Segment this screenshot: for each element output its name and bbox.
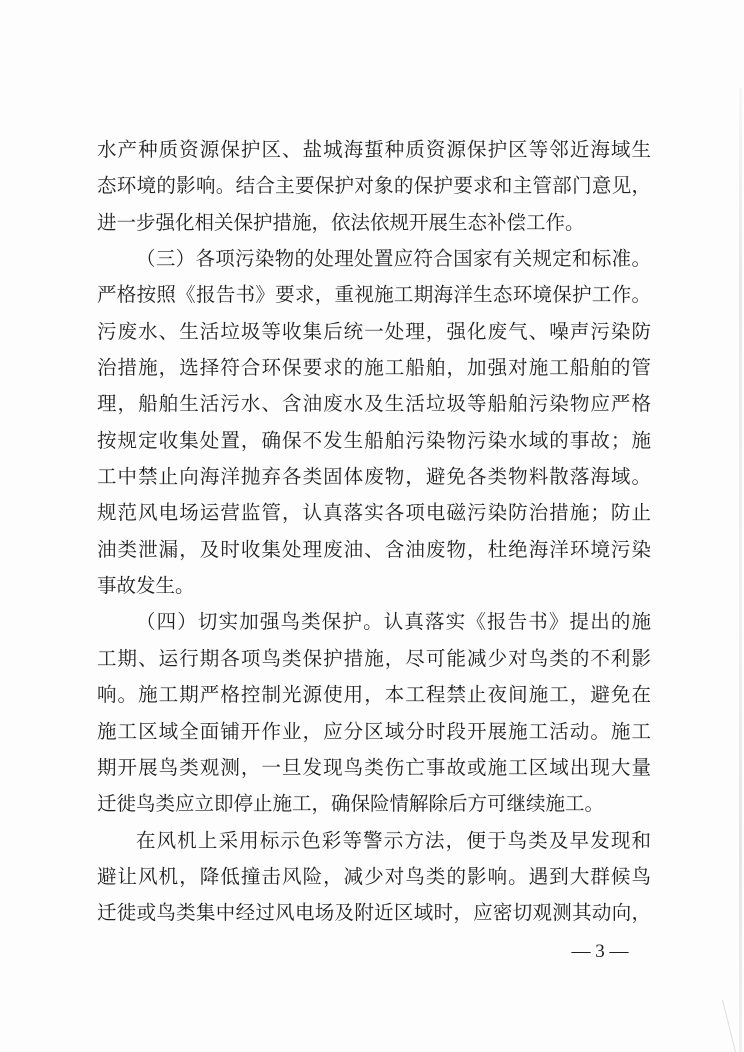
document-body: 水产种质资源保护区、盐城海蜇种质资源保护区等邻近海域生 态环境的影响。结合主要保… [97, 133, 651, 933]
text-line: （三）各项污染物的处理处置应符合国家有关规定和标准。 [97, 242, 651, 278]
text-line: 工中禁止向海洋抛弃各类固体废物，避免各类物料散落海域。 [97, 460, 651, 496]
scan-edge-artifact [739, 88, 742, 1052]
text-line: 规范风电场运营监管，认真落实各项电磁污染防治措施；防止 [97, 496, 651, 532]
paragraph-item-4: （四）切实加强鸟类保护。认真落实《报告书》提出的施 工期、运行期各项鸟类保护措施… [97, 605, 651, 823]
text-line: 按规定收集处置，确保不发生船舶污染物污染水域的事故；施 [97, 424, 651, 460]
text-line: 响。施工期严格控制光源使用，本工程禁止夜间施工，避免在 [97, 678, 651, 714]
text-line: 治措施，选择符合环保要求的施工船舶，加强对施工船舶的管 [97, 351, 651, 387]
text-line: 避让风机，降低撞击风险，减少对鸟类的影响。遇到大群候鸟 [97, 860, 651, 896]
text-line: 理，船舶生活污水、含油废水及生活垃圾等船舶污染物应严格 [97, 387, 651, 423]
page-number: — 3 — [559, 941, 641, 963]
paragraph-item-3: （三）各项污染物的处理处置应符合国家有关规定和标准。 严格按照《报告书》要求，重… [97, 242, 651, 605]
text-line: 事故发生。 [97, 569, 651, 605]
text-line: 污废水、生活垃圾等收集后统一处理，强化废气、噪声污染防 [97, 315, 651, 351]
text-line: 工期、运行期各项鸟类保护措施，尽可能减少对鸟类的不利影 [97, 642, 651, 678]
text-line: 态环境的影响。结合主要保护对象的保护要求和主管部门意见， [97, 169, 651, 205]
text-line: 水产种质资源保护区、盐城海蜇种质资源保护区等邻近海域生 [97, 133, 651, 169]
text-line: 期开展鸟类观测，一旦发现鸟类伤亡事故或施工区域出现大量 [97, 751, 651, 787]
text-line: 油类泄漏，及时收集处理废油、含油废物，杜绝海洋环境污染 [97, 533, 651, 569]
text-line: 迁徙鸟类应立即停止施工，确保险情解除后方可继续施工。 [97, 787, 651, 823]
text-line: 施工区域全面铺开作业，应分区域分时段开展施工活动。施工 [97, 715, 651, 751]
paragraph-bird-warning: 在风机上采用标示色彩等警示方法，便于鸟类及早发现和 避让风机，降低撞击风险，减少… [97, 824, 651, 933]
text-line: 严格按照《报告书》要求，重视施工期海洋生态环境保护工作。 [97, 278, 651, 314]
text-line: 在风机上采用标示色彩等警示方法，便于鸟类及早发现和 [97, 824, 651, 860]
scanned-document-page: 水产种质资源保护区、盐城海蜇种质资源保护区等邻近海域生 态环境的影响。结合主要保… [0, 0, 744, 1052]
text-line: 进一步强化相关保护措施，依法依规开展生态补偿工作。 [97, 206, 651, 242]
text-line: 迁徙或鸟类集中经过风电场及附近区域时，应密切观测其动向， [97, 896, 651, 932]
scan-corner-shadow [722, 1000, 737, 1052]
paragraph-continuation: 水产种质资源保护区、盐城海蜇种质资源保护区等邻近海域生 态环境的影响。结合主要保… [97, 133, 651, 242]
text-line: （四）切实加强鸟类保护。认真落实《报告书》提出的施 [97, 605, 651, 641]
